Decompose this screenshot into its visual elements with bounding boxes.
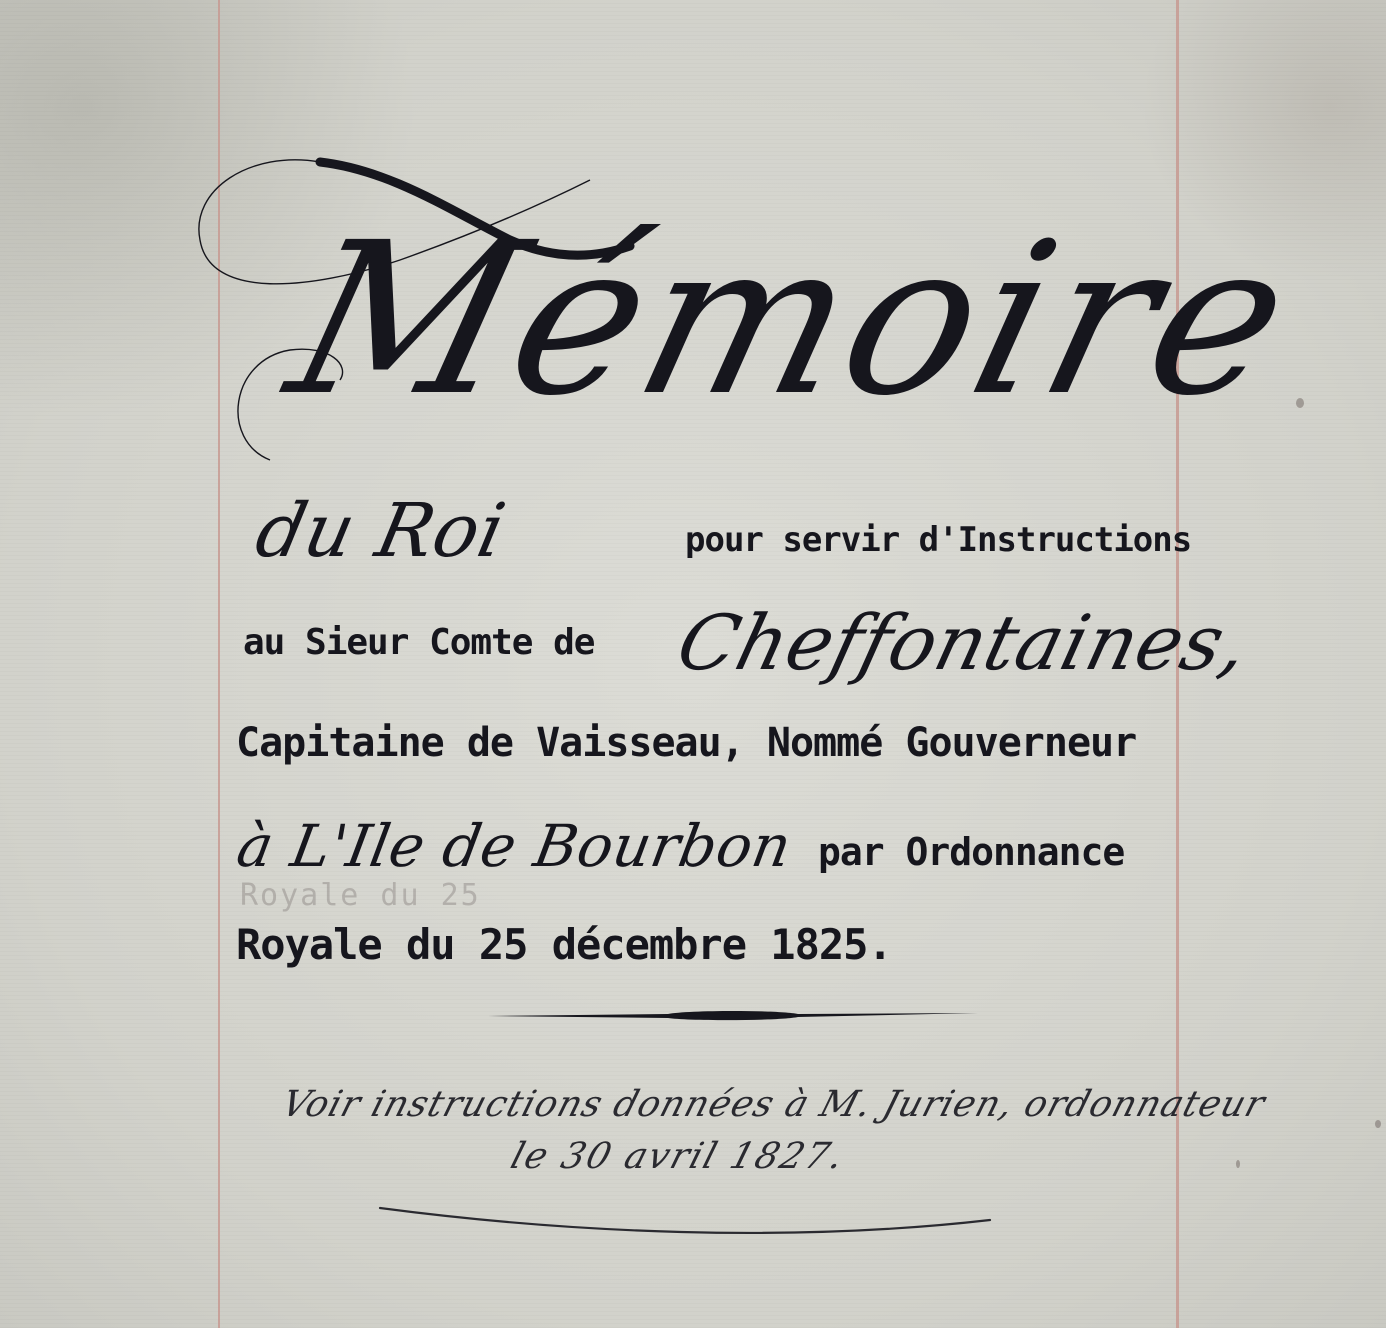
ink-spot — [1296, 398, 1304, 408]
heading-du-roi: du Roi — [249, 488, 513, 574]
ink-spot — [1375, 1120, 1381, 1128]
heading-pour-servir: pour servir d'Instructions — [685, 520, 1191, 560]
erased-text: Royale du 25 — [240, 878, 481, 913]
ordinance-date: Royale du 25 décembre 1825. — [236, 920, 892, 969]
heading-ile-bourbon: à L'Ile de Bourbon — [232, 812, 797, 880]
document-title: Mémoire — [274, 215, 1311, 425]
recipient-name: Cheffontaines, — [669, 598, 1258, 687]
heading-au-sieur: au Sieur Comte de — [243, 622, 594, 663]
recipient-rank: Capitaine de Vaisseau, Nommé Gouverneur — [236, 720, 1136, 766]
note-line-2: le 30 avril 1827. — [506, 1136, 850, 1177]
decorative-swell-rule — [488, 1008, 978, 1022]
heading-par-ordonnance: par Ordonnance — [818, 830, 1124, 874]
note-line-1: Voir instructions données à M. Jurien, o… — [277, 1084, 1270, 1125]
ink-spot — [1236, 1160, 1240, 1168]
closing-curved-rule — [370, 1198, 1000, 1248]
